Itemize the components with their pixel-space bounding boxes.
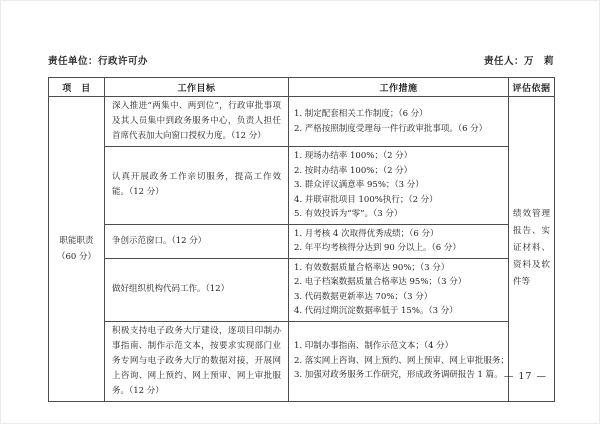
measures-cell: 1. 现场办结率 100%；（2 分） 2. 按时办结率 100%；（2 分） … [289,147,509,225]
header-evaluation-basis: 评估依据 [509,78,555,97]
category-cell: 职能职责 （60 分） [49,97,105,402]
measure-line: 4. 代码过期沉淀数据率低于 15%。（3 分） [294,304,503,319]
measure-line: 4. 并联审批项目 100%执行；（2 分） [294,193,503,208]
measure-line: 1. 制定配套相关工作制度；（6 分） [294,107,503,122]
measure-line: 2. 电子档案数据质量合格率达 95%；（3 分） [294,275,503,290]
meta-row: 责任单位：行政许可办 责任人：万 莉 [48,53,554,67]
page-number: — 17 — [504,371,547,382]
goal-cell: 做好组织机构代码工作。（12） [105,258,289,321]
goal-cell: 争创示范窗口。（12 分） [105,224,289,258]
measure-line: 2. 严格按照制度受理每一件行政审批事项。（6 分） [294,122,503,137]
document-page: 责任单位：行政许可办 责任人：万 莉 项 目 工作目标 工作措施 评估依据 职能… [0,0,600,424]
goal-cell: 深入推进“两集中、两到位”，行政审批事项及其人员集中到政务服务中心，负责人担任首… [105,97,289,147]
measures-cell: 1. 制定配套相关工作制度；（6 分） 2. 严格按照制度受理每一件行政审批事项… [289,97,509,147]
performance-table: 项 目 工作目标 工作措施 评估依据 职能职责 （60 分） 深入推进“两集中、… [48,77,555,402]
goal-cell: 积极支持电子政务大厅建设，逐项目印制办事指南、制作示范文本，按要求实现部门业务专… [105,321,289,401]
measure-line: 3. 代码数据更新率达 70%；（3 分） [294,290,503,305]
measures-cell: 1. 印制办事指南、制作示范文本；（4 分） 2. 落实网上咨询、网上预约、网上… [289,321,509,401]
measure-line: 2. 落实网上咨询、网上预约、网上预审、网上审批服务；（4 分） [294,354,503,369]
measure-line: 1. 月考核 4 次取得优秀成绩；（6 分） [294,227,503,242]
header-work-measures: 工作措施 [289,78,509,97]
header-item: 项 目 [49,78,105,97]
category-score: （60 分） [51,249,102,265]
responsible-person-label: 责任人：万 莉 [484,53,554,67]
measure-line: 1. 现场办结率 100%；（2 分） [294,149,503,164]
measure-line: 1. 有效数据质量合格率达 90%；（3 分） [294,261,503,276]
measure-line: 3. 群众评议满意率 95%；（3 分） [294,178,503,193]
table-row: 认真开展政务工作亲切服务，提高工作效能。（12 分） 1. 现场办结率 100%… [49,147,555,225]
table-row: 争创示范窗口。（12 分） 1. 月考核 4 次取得优秀成绩；（6 分） 2. … [49,224,555,258]
table-row: 职能职责 （60 分） 深入推进“两集中、两到位”，行政审批事项及其人员集中到政… [49,97,555,147]
measures-cell: 1. 月考核 4 次取得优秀成绩；（6 分） 2. 年平均考核得分达到 90 分… [289,224,509,258]
table-row: 做好组织机构代码工作。（12） 1. 有效数据质量合格率达 90%；（3 分） … [49,258,555,321]
measure-line: 3. 加强对政务服务工作研究，形成政务调研报告 1 篇。（4 分） [294,368,503,383]
goal-cell: 认真开展政务工作亲切服务，提高工作效能。（12 分） [105,147,289,225]
table-header-row: 项 目 工作目标 工作措施 评估依据 [49,78,555,97]
responsible-unit-label: 责任单位：行政许可办 [48,53,148,67]
measure-line: 5. 有效投诉为“零”。（3 分） [294,207,503,222]
table-row: 积极支持电子政务大厅建设，逐项目印制办事指南、制作示范文本，按要求实现部门业务专… [49,321,555,401]
measure-line: 1. 印制办事指南、制作示范文本；（4 分） [294,339,503,354]
measure-line: 2. 年平均考核得分达到 90 分以上。（6 分） [294,241,503,256]
evidence-cell: 绩效管理报告、实证材料、资料及软件等 [509,97,555,402]
measure-line: 2. 按时办结率 100%；（2 分） [294,164,503,179]
category-name: 职能职责 [51,233,102,249]
measures-cell: 1. 有效数据质量合格率达 90%；（3 分） 2. 电子档案数据质量合格率达 … [289,258,509,321]
header-work-goal: 工作目标 [105,78,289,97]
